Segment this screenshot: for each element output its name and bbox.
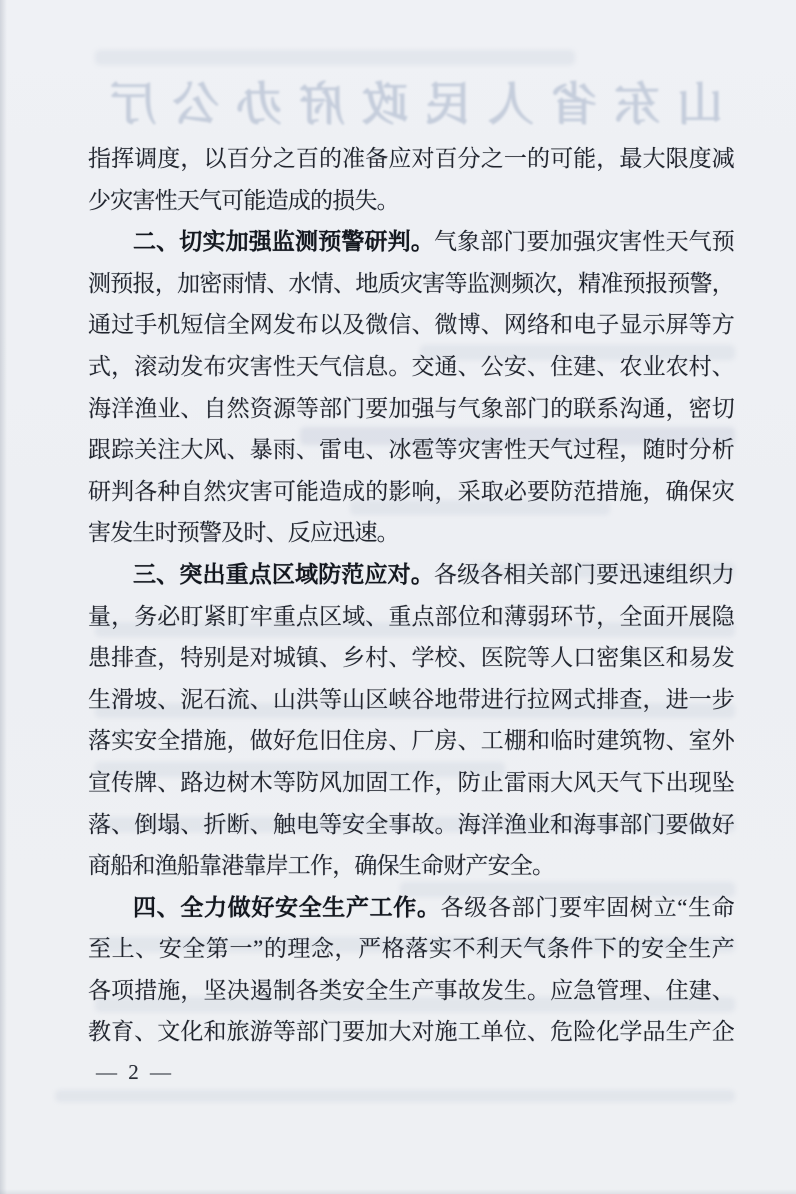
document-line: 各项措施，坚决遏制各类安全生产事故发生。应急管理、住建、 [88, 970, 734, 1012]
text-run: 跟踪关注大风、暴雨、雷电、冰雹等灾害性天气过程，随时分析 [88, 437, 734, 462]
bleed-through-smudge [55, 1090, 735, 1102]
text-run: 落、倒塌、折断、触电等安全事故。海洋渔业和海事部门要做好 [88, 812, 734, 837]
text-run: 至上、安全第一”的理念，严格落实不利天气条件下的安全生产 [88, 936, 734, 961]
document-line: 教育、文化和旅游等部门要加大对施工单位、危险化学品生产企 [88, 1011, 734, 1053]
section-heading-run: 三、突出重点区域防范应对。 [133, 561, 434, 587]
document-body: 指挥调度，以百分之百的准备应对百分之一的可能，最大限度减少灾害性天气可能造成的损… [88, 138, 734, 1053]
text-run: 研判各种自然灾害可能造成的影响，采取必要防范措施，确保灾 [88, 479, 734, 504]
document-line: 指挥调度，以百分之百的准备应对百分之一的可能，最大限度减 [88, 138, 734, 180]
scanned-document-page: 山东省人民政府办公厅 指挥调度，以百分之百的准备应对百分之一的可能，最大限度减少… [0, 0, 796, 1194]
text-run: 量，务必盯紧盯牢重点区域、重点部位和薄弱环节，全面开展隐 [88, 604, 734, 629]
document-line: 量，务必盯紧盯牢重点区域、重点部位和薄弱环节，全面开展隐 [88, 596, 734, 638]
scan-edge-shadow [0, 0, 7, 1194]
text-run: 商船和渔船靠港靠岸工作，确保生命财产安全。 [88, 853, 554, 878]
document-line: 测预报，加密雨情、水情、地质灾害等监测频次，精准预报预警， [88, 263, 734, 305]
document-line: 至上、安全第一”的理念，严格落实不利天气条件下的安全生产 [88, 928, 734, 970]
document-line: 落实安全措施，做好危旧住房、厂房、工棚和临时建筑物、室外 [88, 720, 734, 762]
text-run: 生滑坡、泥石流、山洪等山区峡谷地带进行拉网式排查，进一步 [88, 687, 734, 712]
document-line: 患排查，特别是对城镇、乡村、学校、医院等人口密集区和易发 [88, 637, 734, 679]
text-run: 落实安全措施，做好危旧住房、厂房、工棚和临时建筑物、室外 [88, 728, 734, 753]
text-run: 海洋渔业、自然资源等部门要加强与气象部门的联系沟通，密切 [88, 396, 734, 421]
text-run: 害发生时预警及时、反应迅速。 [88, 520, 399, 545]
document-line: 海洋渔业、自然资源等部门要加强与气象部门的联系沟通，密切 [88, 388, 734, 430]
page-number: — 2 — [96, 1060, 174, 1085]
document-line: 四、全力做好安全生产工作。各级各部门要牢固树立“生命 [88, 887, 734, 929]
document-line: 生滑坡、泥石流、山洪等山区峡谷地带进行拉网式排查，进一步 [88, 679, 734, 721]
text-run: 少灾害性天气可能造成的损失。 [88, 188, 399, 213]
scan-edge-shadow-bottom [0, 1189, 796, 1194]
text-run: 宣传牌、路边树木等防风加固工作，防止雷雨大风天气下出现坠 [88, 770, 734, 795]
document-line: 通过手机短信全网发布以及微信、微博、网络和电子显示屏等方 [88, 304, 734, 346]
document-line: 商船和渔船靠港靠岸工作，确保生命财产安全。 [88, 845, 734, 887]
bleed-through-letterhead: 山东省人民政府办公厅 [82, 68, 734, 134]
bleed-through-smudge [95, 50, 575, 65]
section-heading-run: 四、全力做好安全生产工作。 [133, 894, 441, 920]
document-line: 二、切实加强监测预警研判。气象部门要加强灾害性天气预 [88, 221, 734, 263]
document-line: 跟踪关注大风、暴雨、雷电、冰雹等灾害性天气过程，随时分析 [88, 429, 734, 471]
document-line: 少灾害性天气可能造成的损失。 [88, 180, 734, 222]
text-run: 各级各相关部门要迅速组织力 [434, 562, 734, 587]
document-line: 三、突出重点区域防范应对。各级各相关部门要迅速组织力 [88, 554, 734, 596]
text-run: 教育、文化和旅游等部门要加大对施工单位、危险化学品生产企 [88, 1019, 734, 1044]
text-run: 通过手机短信全网发布以及微信、微博、网络和电子显示屏等方 [88, 312, 734, 337]
document-line: 式，滚动发布灾害性天气信息。交通、公安、住建、农业农村、 [88, 346, 734, 388]
text-run: 气象部门要加强灾害性天气预 [434, 229, 734, 254]
text-run: 式，滚动发布灾害性天气信息。交通、公安、住建、农业农村、 [88, 354, 734, 379]
document-line: 宣传牌、路边树木等防风加固工作，防止雷雨大风天气下出现坠 [88, 762, 734, 804]
text-run: 各级各部门要牢固树立“生命 [441, 895, 734, 920]
text-run: 指挥调度，以百分之百的准备应对百分之一的可能，最大限度减 [88, 146, 734, 171]
section-heading-run: 二、切实加强监测预警研判。 [133, 228, 434, 254]
document-line: 害发生时预警及时、反应迅速。 [88, 512, 734, 554]
text-run: 各项措施，坚决遏制各类安全生产事故发生。应急管理、住建、 [88, 978, 734, 1003]
text-run: 测预报，加密雨情、水情、地质灾害等监测频次，精准预报预警， [88, 271, 734, 296]
document-line: 研判各种自然灾害可能造成的影响，采取必要防范措施，确保灾 [88, 471, 734, 513]
document-line: 落、倒塌、折断、触电等安全事故。海洋渔业和海事部门要做好 [88, 804, 734, 846]
text-run: 患排查，特别是对城镇、乡村、学校、医院等人口密集区和易发 [88, 645, 734, 670]
